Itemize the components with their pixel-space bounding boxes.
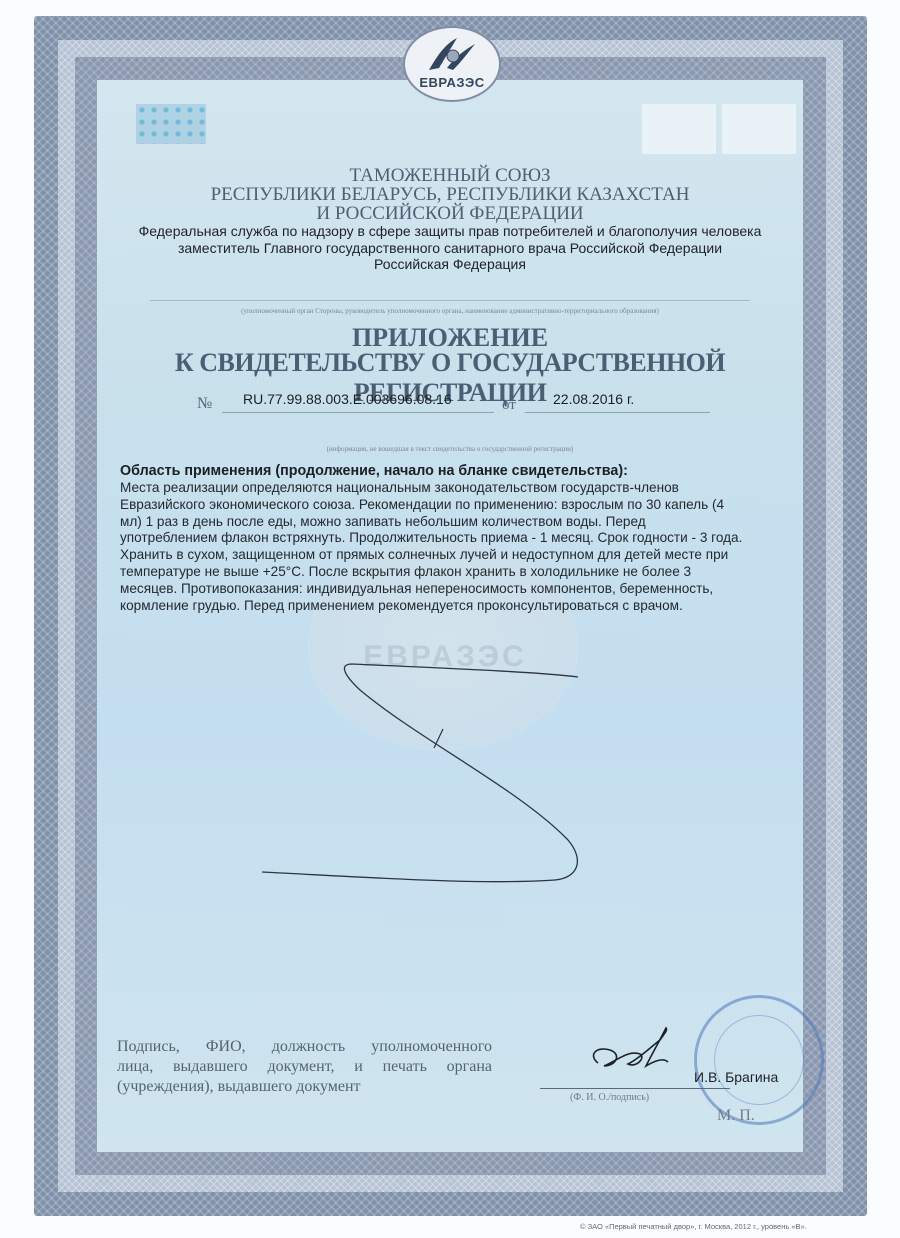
scope-line: месяцев. Противопоказания: индивидуальна…: [120, 581, 800, 598]
date-label: от: [502, 397, 516, 414]
security-box-left: [642, 104, 716, 154]
scope-line: кормление грудью. Перед применением реко…: [120, 598, 800, 615]
seal-place-label: М. П.: [717, 1107, 755, 1125]
scope-heading: Область применения (продолжение, начало …: [120, 463, 628, 479]
authority-caption: (уполномоченный орган Стороны, руководит…: [150, 307, 750, 315]
number-underline: [222, 412, 494, 413]
watermark-text: ЕВРАЗЭС: [340, 640, 550, 674]
signature-subcaption: (Ф. И. О./подпись): [570, 1092, 649, 1103]
agency-line-1: Федеральная служба по надзору в сфере за…: [97, 223, 803, 239]
registration-date: 22.08.2016 г.: [553, 391, 634, 407]
eurasec-emblem-icon: [423, 34, 481, 74]
scope-line: мл) 1 раз в день после еды, можно запива…: [120, 514, 800, 531]
info-caption: (информация, не вошедшая в текст свидете…: [150, 445, 750, 453]
certificate-sheet: ЕВРАЗЭС ЕВРАЗЭС ТАМОЖЕННЫЙ СОЮЗ РЕСПУБЛИ…: [0, 0, 900, 1238]
eurasec-emblem: ЕВРАЗЭС: [403, 26, 501, 102]
scope-line: употреблением флакон встряхнуть. Продолж…: [120, 530, 800, 547]
scope-body: Места реализации определяются национальн…: [120, 480, 800, 614]
hologram-patch: [136, 104, 206, 144]
header-line-3: И РОССИЙСКОЙ ФЕДЕРАЦИИ: [97, 203, 803, 225]
scope-line: Евразийского экономического союза. Реком…: [120, 497, 800, 514]
signer-name: И.В. Брагина: [694, 1069, 778, 1085]
signature-caption-line: (учреждения), выдавшего документ: [117, 1077, 492, 1097]
number-label: №: [197, 395, 212, 413]
official-seal-inner: [714, 1015, 804, 1105]
printer-imprint: © ЗАО «Первый печатный двор», г. Москва,…: [580, 1222, 807, 1231]
authority-underline: [150, 300, 750, 301]
scope-line: температуре не выше +25°С. После вскрыти…: [120, 564, 800, 581]
date-underline: [525, 412, 710, 413]
security-box-right: [722, 104, 796, 154]
scope-line: Места реализации определяются национальн…: [120, 480, 800, 497]
signature-caption: Подпись, ФИО, должность уполномоченного …: [117, 1037, 492, 1097]
signature-caption-line: Подпись, ФИО, должность уполномоченного: [117, 1037, 492, 1057]
registration-number: RU.77.99.88.003.Е.003696.08.16: [243, 391, 452, 407]
scope-line: Хранить в сухом, защищенном от прямых со…: [120, 547, 800, 564]
agency-line-2: заместитель Главного государственного са…: [97, 240, 803, 256]
agency-line-3: Российская Федерация: [97, 256, 803, 272]
signature-underline: [540, 1088, 730, 1089]
signature-caption-line: лица, выдавшего документ, и печать орган…: [117, 1057, 492, 1077]
emblem-label: ЕВРАЗЭС: [405, 75, 499, 90]
